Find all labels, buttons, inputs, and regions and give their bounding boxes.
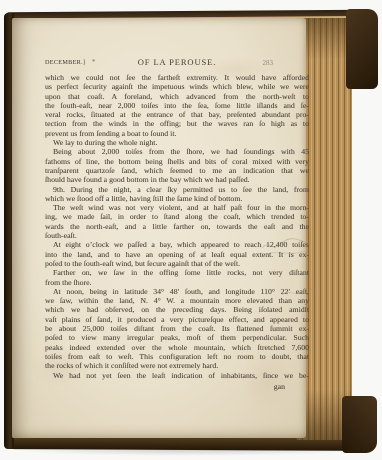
text-line: prevent us from ſending a boat to ſound … (45, 129, 309, 138)
text-line: We lay to during the whole night. (45, 138, 309, 147)
text-line: upon that coaſt. A foreland, which advan… (45, 92, 309, 101)
text-line: the rocks of which it conſiſted were not… (45, 361, 309, 370)
cover-corner-bottom (342, 396, 377, 453)
text-line: poſed to the ſouth-eaſt wind, but ſecure… (45, 259, 309, 268)
body-text: which we could not ſee the fartheſt extr… (45, 73, 309, 380)
catchword-row: gan (45, 382, 309, 391)
text-line: Farther on, we ſaw in the offing ſome li… (45, 268, 309, 277)
text-line: ing, we made ſail, in order to ſtand alo… (45, 212, 309, 221)
running-header: DECEMBER.] * OF LA PEROUSE. 283 (45, 57, 309, 69)
text-line: which we had obſerved, on the preceding … (45, 305, 309, 314)
text-line: tection from the winds in the offing; bu… (45, 119, 309, 128)
text-line: peaks indeed extended over the whole mou… (45, 343, 309, 352)
text-line: ſouth-eaſt. (45, 231, 309, 240)
text-line: veral rocks, ſituated at the entrance of… (45, 110, 309, 119)
text-line: we ſaw, within the land, N. 4° W. a moun… (45, 296, 309, 305)
text-line: which we ſtood off a little, having ſtil… (45, 194, 309, 203)
text-line: from the ſhore. (45, 278, 309, 287)
text-line: At noon, being in latitude 34° 48′ ſouth… (45, 287, 309, 296)
text-line: into the land, and to have an opening of… (45, 250, 309, 259)
book-page: DECEMBER.] * OF LA PEROUSE. 283 which we… (12, 18, 306, 438)
catchword: gan (274, 382, 285, 391)
text-line: poſed to view many irregular peaks, moſt… (45, 333, 309, 342)
text-line: We had not yet ſeen the leaſt indication… (45, 371, 309, 380)
text-line: 9th. During the night, a clear ſky permi… (45, 185, 309, 194)
text-line: The weſt wind was not very violent, and … (45, 203, 309, 212)
book-photo: DECEMBER.] * OF LA PEROUSE. 283 which we… (0, 0, 382, 460)
text-line: wards the north-eaſt, and a little farth… (45, 222, 309, 231)
text-line: fathoms of line, the bottom being ſhells… (45, 157, 309, 166)
text-line: be about 25,000 toiſes diſtant from the … (45, 324, 309, 333)
text-line: At eight o’clock we paſſed a bay, which … (45, 240, 309, 249)
page-number: 283 (263, 59, 274, 67)
text-line: Being about 2,000 toiſes from the ſhore,… (45, 147, 309, 156)
cover-corner-top (346, 9, 378, 89)
text-line: ſhould have found a good bottom in the b… (45, 175, 309, 184)
text-line: tranſparent quartzoſe ſand, which ſeemed… (45, 166, 309, 175)
text-line: the ſouth-eaſt, near 2,000 toiſes into t… (45, 101, 309, 110)
text-line: toiſes from eaſt to weſt. This configura… (45, 352, 309, 361)
text-line: which we could not ſee the fartheſt extr… (45, 73, 309, 82)
text-line: vaſt plains of ſand, it produced a very … (45, 315, 309, 324)
text-line: us perfect ſecurity againſt the impetuou… (45, 82, 309, 91)
